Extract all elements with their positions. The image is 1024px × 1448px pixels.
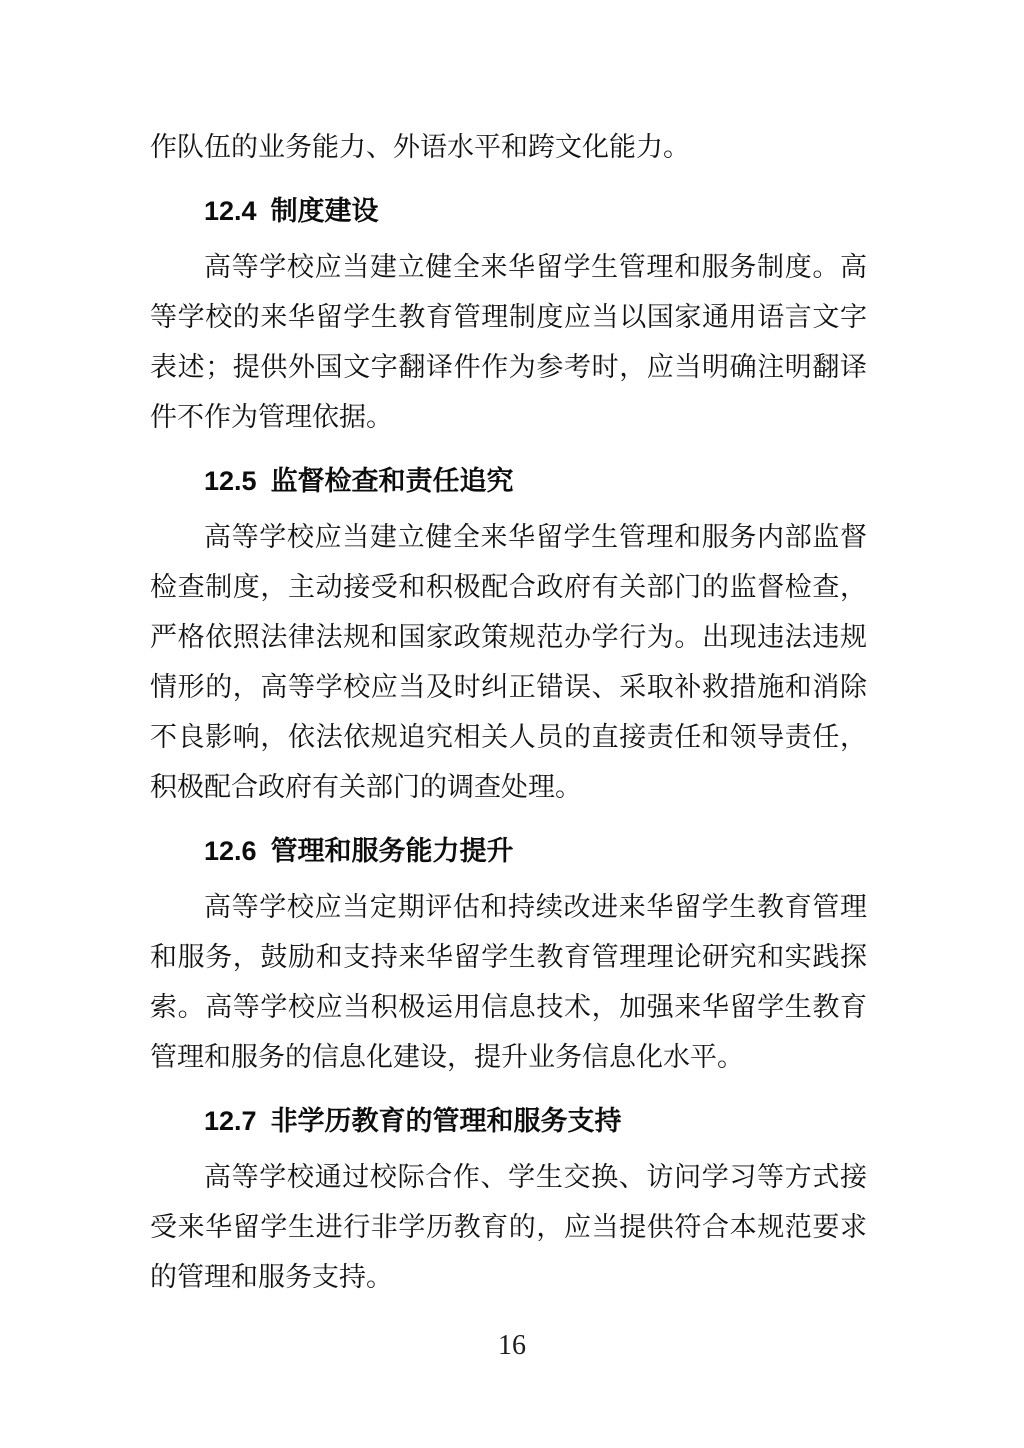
section-number: 12.5 [204,466,257,496]
section-number: 12.4 [204,196,257,226]
page-number: 16 [0,1330,1024,1362]
section-heading: 12.6管理和服务能力提升 [150,826,867,876]
section-paragraph: 高等学校应当建立健全来华留学生管理和服务制度。高等学校的来华留学生教育管理制度应… [150,242,867,442]
section-heading: 12.4制度建设 [150,186,867,236]
document-page: 作队伍的业务能力、外语水平和跨文化能力。 12.4制度建设 高等学校应当建立健全… [0,0,1024,1448]
section-title: 管理和服务能力提升 [271,836,514,866]
section-number: 12.6 [204,836,257,866]
section-title: 制度建设 [271,196,379,226]
section-12-6: 12.6管理和服务能力提升 高等学校应当定期评估和持续改进来华留学生教育管理和服… [150,826,867,1082]
section-title: 非学历教育的管理和服务支持 [271,1106,622,1136]
section-12-7: 12.7非学历教育的管理和服务支持 高等学校通过校际合作、学生交换、访问学习等方… [150,1096,867,1302]
section-heading: 12.5监督检查和责任追究 [150,456,867,506]
section-heading: 12.7非学历教育的管理和服务支持 [150,1096,867,1146]
section-12-4: 12.4制度建设 高等学校应当建立健全来华留学生管理和服务制度。高等学校的来华留… [150,186,867,442]
section-paragraph: 高等学校通过校际合作、学生交换、访问学习等方式接受来华留学生进行非学历教育的，应… [150,1152,867,1302]
section-12-5: 12.5监督检查和责任追究 高等学校应当建立健全来华留学生管理和服务内部监督检查… [150,456,867,812]
section-number: 12.7 [204,1106,257,1136]
paragraph-continuation: 作队伍的业务能力、外语水平和跨文化能力。 [150,122,867,172]
section-paragraph: 高等学校应当定期评估和持续改进来华留学生教育管理和服务，鼓励和支持来华留学生教育… [150,882,867,1082]
section-title: 监督检查和责任追究 [271,466,514,496]
section-paragraph: 高等学校应当建立健全来华留学生管理和服务内部监督检查制度，主动接受和积极配合政府… [150,512,867,812]
